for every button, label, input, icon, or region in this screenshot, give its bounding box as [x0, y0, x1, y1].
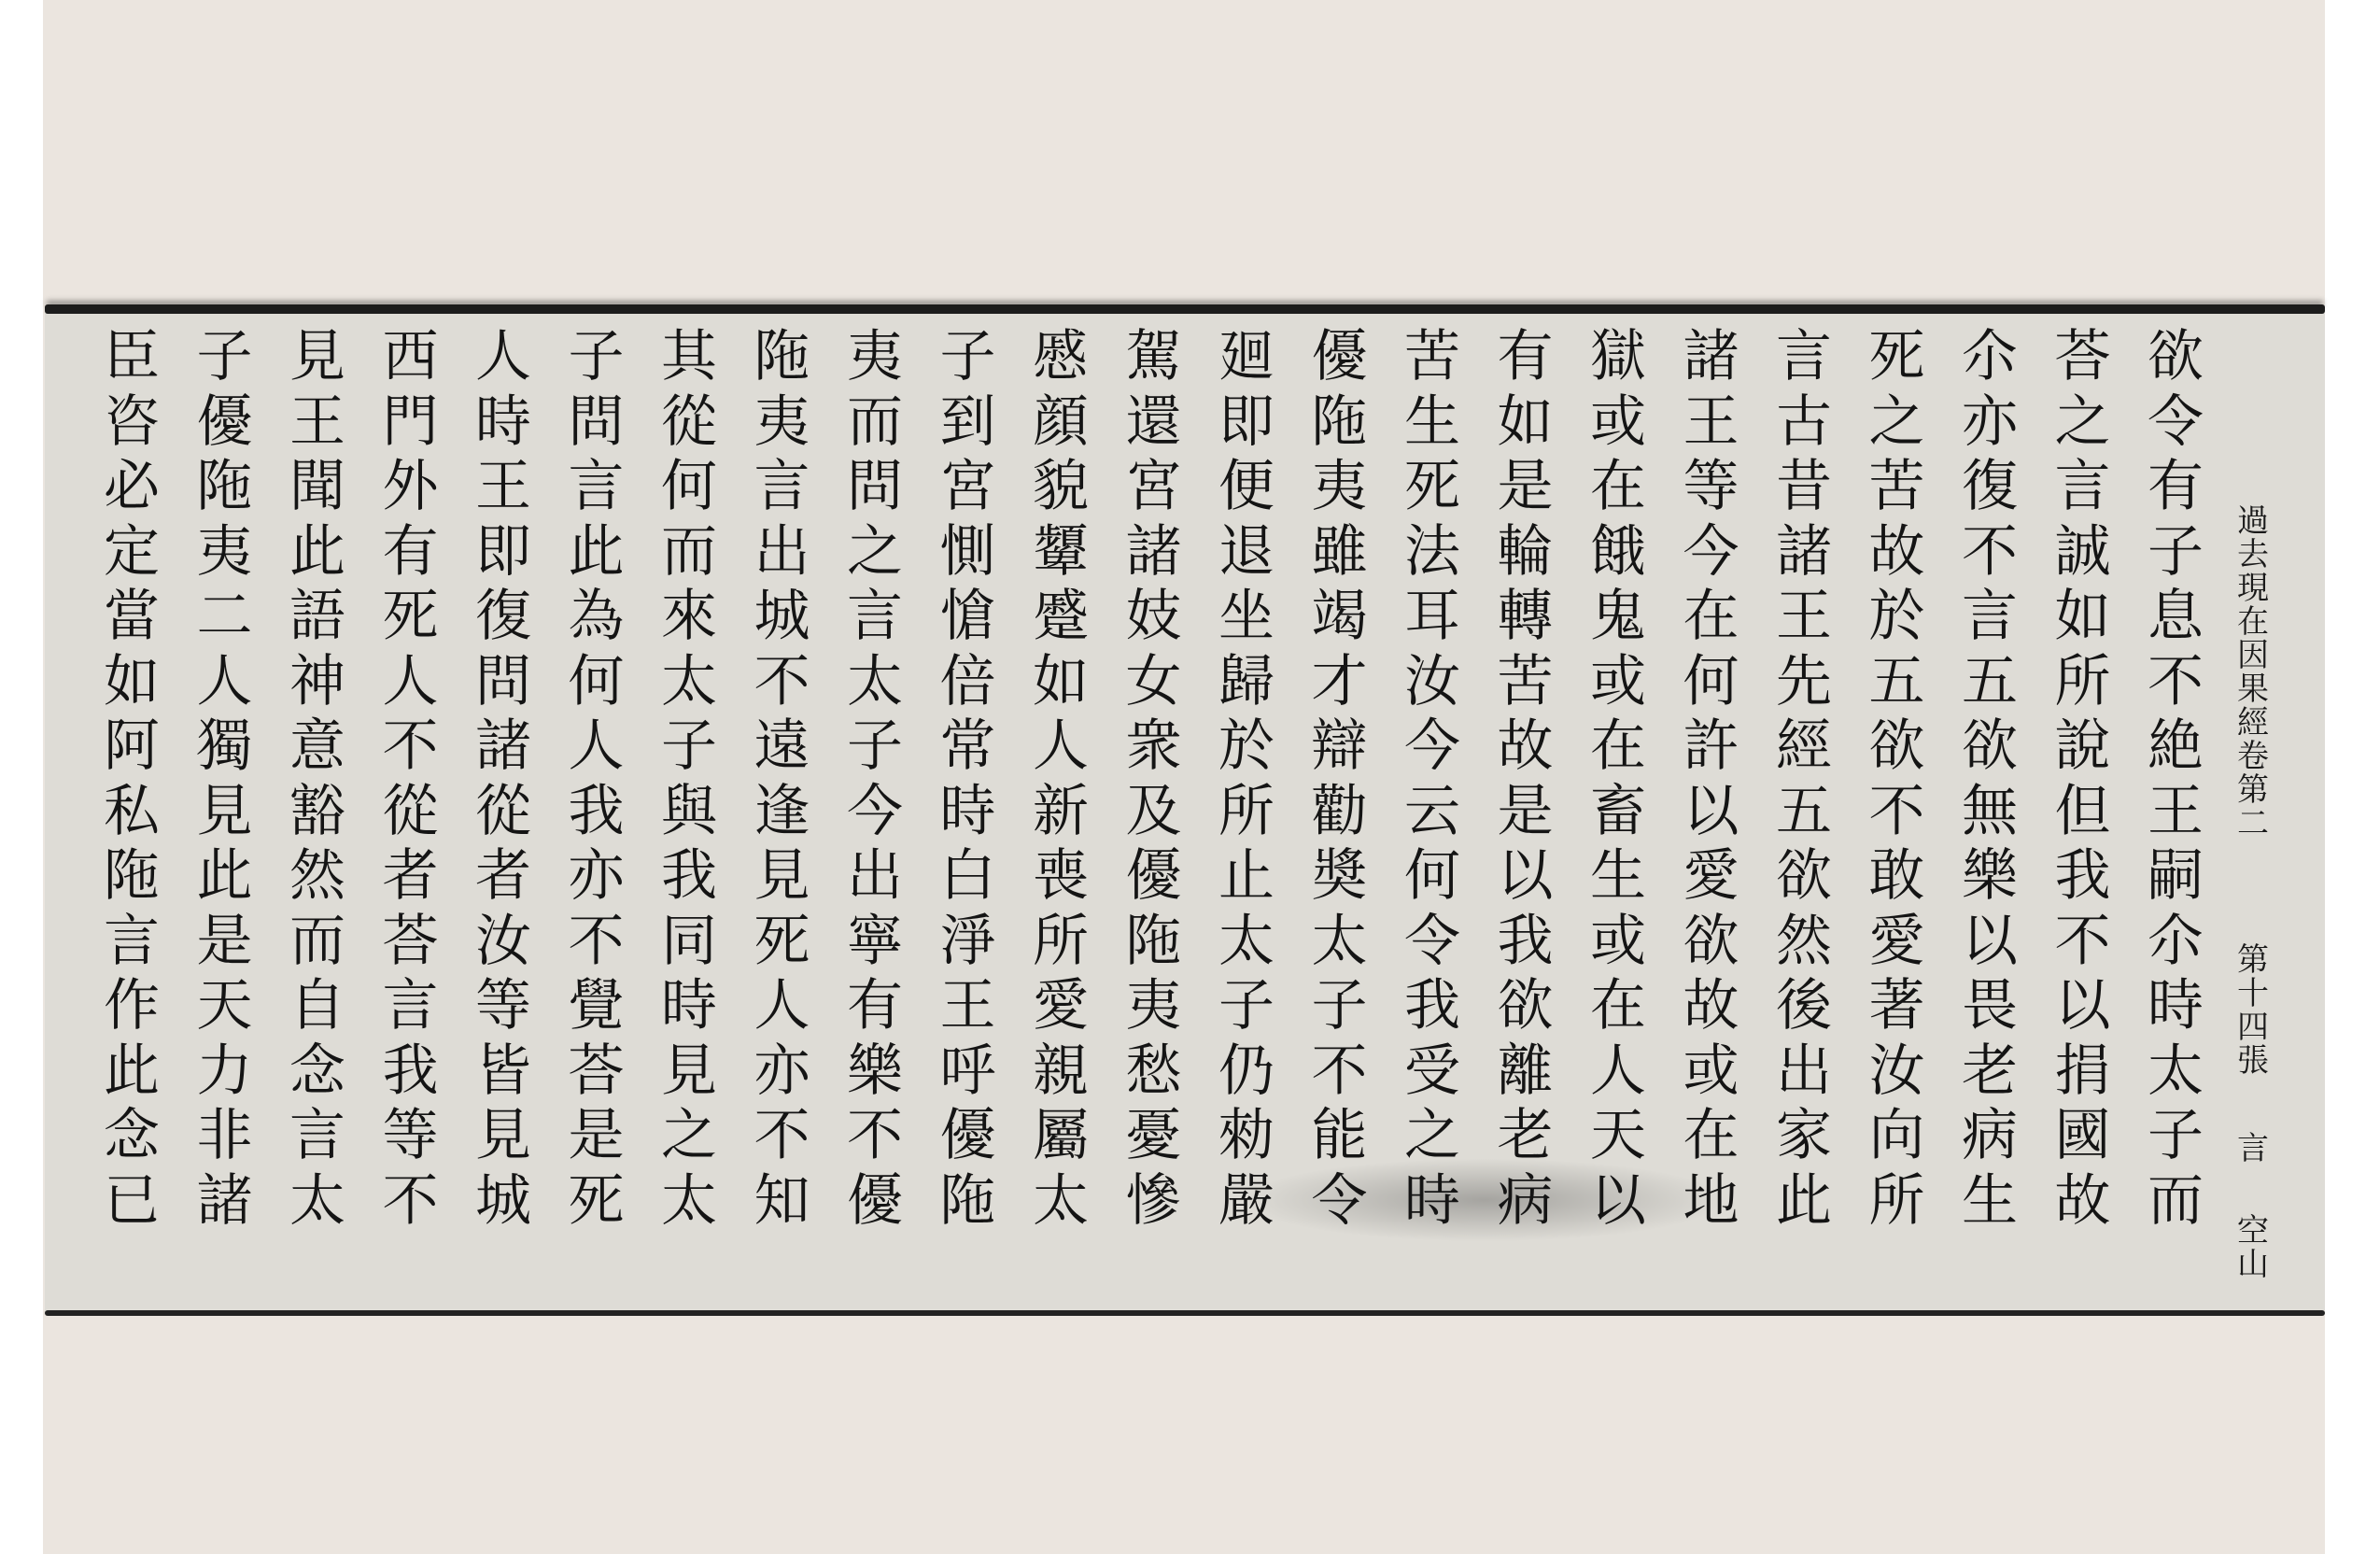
glyph: 見 — [280, 325, 355, 390]
glyph: 我 — [373, 1039, 448, 1105]
glyph: 來 — [652, 585, 726, 650]
glyph: 畏 — [1952, 974, 2027, 1039]
glyph: 太 — [1209, 910, 1284, 975]
glyph: 愴 — [931, 585, 1006, 650]
text-column: 有如是輪轉苦故是以我欲離老病 — [1488, 325, 1563, 1234]
glyph: 病 — [1488, 1169, 1563, 1235]
glyph: 我 — [1395, 974, 1470, 1039]
glyph: 著 — [1860, 974, 1935, 1039]
glyph: 子 — [652, 714, 726, 780]
glyph: 言 — [1952, 585, 2027, 650]
glyph: 欲 — [1860, 714, 1935, 780]
glyph: 在 — [1674, 585, 1749, 650]
glyph: 才 — [1303, 650, 1377, 715]
glyph: 憂 — [1117, 1104, 1191, 1169]
glyph: 以 — [1581, 1169, 1655, 1235]
text-column: 死之苦故於五欲不敢愛著汝向所 — [1860, 325, 1935, 1234]
glyph: 五 — [1767, 780, 1841, 845]
glyph: 經 — [1767, 714, 1841, 780]
glyph: 等 — [1674, 455, 1749, 520]
glyph: 從 — [652, 390, 726, 456]
glyph: 欲 — [1488, 974, 1563, 1039]
glyph: 所 — [1023, 910, 1098, 975]
glyph: 欲 — [1767, 844, 1841, 910]
glyph: 諸 — [188, 1169, 262, 1235]
glyph: 見 — [652, 1039, 726, 1105]
glyph: 寧 — [838, 910, 912, 975]
glyph: 夷 — [838, 325, 912, 390]
glyph: 轉 — [1488, 585, 1563, 650]
glyph: 慘 — [1117, 1169, 1191, 1235]
margin-char: 十 — [2234, 977, 2272, 1010]
glyph: 亦 — [1952, 390, 2027, 456]
glyph: 令 — [1395, 910, 1470, 975]
glyph: 子 — [188, 325, 262, 390]
glyph: 新 — [1023, 780, 1098, 845]
glyph: 止 — [1209, 844, 1284, 910]
glyph: 有 — [838, 974, 912, 1039]
glyph: 之 — [838, 520, 912, 586]
glyph: 出 — [745, 520, 820, 586]
text-column: 苦生死法耳汝今云何令我受之時 — [1395, 325, 1470, 1234]
glyph: 受 — [1395, 1039, 1470, 1105]
glyph: 太 — [838, 650, 912, 715]
text-column: 尒亦復不言五欲無樂以畏老病生 — [1952, 325, 2027, 1234]
glyph: 此 — [188, 844, 262, 910]
glyph: 在 — [1674, 1104, 1749, 1169]
glyph: 等 — [373, 1104, 448, 1169]
glyph: 汝 — [466, 910, 541, 975]
glyph: 王 — [466, 455, 541, 520]
glyph: 以 — [1488, 844, 1563, 910]
glyph: 言 — [373, 974, 448, 1039]
glyph: 諸 — [1767, 520, 1841, 586]
glyph: 言 — [280, 1104, 355, 1169]
glyph: 死 — [1860, 325, 1935, 390]
glyph: 太 — [2138, 1039, 2213, 1105]
glyph: 言 — [745, 455, 820, 520]
glyph: 人 — [559, 714, 634, 780]
glyph: 王 — [2138, 780, 2213, 845]
glyph: 為 — [559, 585, 634, 650]
text-column: 夷而問之言太子今出寧有樂不優 — [838, 325, 912, 1234]
glyph: 及 — [1117, 780, 1191, 845]
glyph: 女 — [1117, 650, 1191, 715]
glyph: 昔 — [1767, 455, 1841, 520]
glyph: 遠 — [745, 714, 820, 780]
glyph: 不 — [2046, 910, 2120, 975]
glyph: 夷 — [1117, 974, 1191, 1039]
glyph: 生 — [1581, 844, 1655, 910]
glyph: 敢 — [1860, 844, 1935, 910]
glyph: 不 — [1952, 520, 2027, 586]
glyph: 然 — [280, 844, 355, 910]
glyph: 死 — [1395, 455, 1470, 520]
text-column: 西門外有死人不從者荅言我等不 — [373, 325, 448, 1234]
text-column: 子到宮惻愴倍常時白淨王呼優陁 — [931, 325, 1006, 1234]
glyph: 然 — [1767, 910, 1841, 975]
bottom-border-rule — [45, 1310, 2325, 1316]
glyph: 出 — [838, 844, 912, 910]
top-border-rule — [45, 304, 2325, 314]
glyph: 或 — [1581, 910, 1655, 975]
glyph: 倍 — [931, 650, 1006, 715]
glyph: 息 — [2138, 585, 2213, 650]
glyph: 或 — [1674, 1039, 1749, 1105]
text-column: 子問言此為何人我亦不覺荅是死 — [559, 325, 634, 1234]
glyph: 如 — [1023, 650, 1098, 715]
glyph: 欲 — [1674, 910, 1749, 975]
glyph: 時 — [466, 390, 541, 456]
glyph: 愛 — [1023, 974, 1098, 1039]
glyph: 子 — [2138, 520, 2213, 586]
margin-char: 因 — [2234, 639, 2272, 672]
glyph: 國 — [2046, 1104, 2120, 1169]
glyph: 以 — [1952, 910, 2027, 975]
glyph: 尒 — [1952, 325, 2027, 390]
glyph: 苦 — [1860, 455, 1935, 520]
glyph: 人 — [188, 650, 262, 715]
glyph: 子 — [838, 714, 912, 780]
glyph: 先 — [1767, 650, 1841, 715]
glyph: 無 — [1952, 780, 2027, 845]
glyph: 者 — [373, 844, 448, 910]
glyph: 即 — [466, 520, 541, 586]
glyph: 諸 — [1674, 325, 1749, 390]
glyph: 樂 — [1952, 844, 2027, 910]
glyph: 城 — [745, 585, 820, 650]
glyph: 人 — [466, 325, 541, 390]
glyph: 貌 — [1023, 455, 1098, 520]
glyph: 云 — [1395, 780, 1470, 845]
glyph: 勸 — [1303, 780, 1377, 845]
glyph: 喪 — [1023, 844, 1098, 910]
glyph: 皆 — [466, 1039, 541, 1105]
glyph: 人 — [745, 974, 820, 1039]
glyph: 雖 — [1303, 520, 1377, 586]
glyph: 言 — [838, 585, 912, 650]
glyph: 而 — [2138, 1169, 2213, 1235]
glyph: 生 — [1395, 390, 1470, 456]
glyph: 奬 — [1303, 844, 1377, 910]
margin-char: 過 — [2234, 504, 2272, 538]
glyph: 諸 — [1117, 520, 1191, 586]
glyph: 荅 — [559, 1039, 634, 1105]
glyph: 嗣 — [2138, 844, 2213, 910]
margin-mark-1: 言 — [2234, 1132, 2272, 1165]
glyph: 在 — [1581, 714, 1655, 780]
glyph: 陁 — [1303, 390, 1377, 456]
margin-char: 第 — [2234, 943, 2272, 977]
glyph: 誠 — [2046, 520, 2120, 586]
glyph: 死 — [559, 1169, 634, 1235]
glyph: 到 — [931, 390, 1006, 456]
glyph: 王 — [1767, 585, 1841, 650]
glyph: 問 — [838, 455, 912, 520]
glyph: 所 — [2046, 650, 2120, 715]
glyph: 其 — [652, 325, 726, 390]
glyph: 我 — [559, 780, 634, 845]
glyph: 優 — [188, 390, 262, 456]
glyph: 子 — [2138, 1104, 2213, 1169]
glyph: 獨 — [188, 714, 262, 780]
glyph: 是 — [1488, 780, 1563, 845]
glyph: 如 — [2046, 585, 2120, 650]
glyph: 如 — [94, 650, 169, 715]
glyph: 但 — [2046, 780, 2120, 845]
glyph: 門 — [373, 390, 448, 456]
glyph: 以 — [1674, 780, 1749, 845]
glyph: 不 — [373, 714, 448, 780]
glyph: 陁 — [931, 1169, 1006, 1235]
glyph: 廻 — [1209, 325, 1284, 390]
margin-char: 卷 — [2234, 740, 2272, 773]
glyph: 子 — [559, 325, 634, 390]
glyph: 白 — [931, 844, 1006, 910]
glyph: 人 — [373, 650, 448, 715]
glyph: 二 — [188, 585, 262, 650]
glyph: 家 — [1767, 1104, 1841, 1169]
glyph: 見 — [466, 1104, 541, 1169]
margin-char: 現 — [2234, 572, 2272, 605]
glyph: 我 — [652, 844, 726, 910]
glyph: 子 — [1303, 974, 1377, 1039]
glyph: 等 — [466, 974, 541, 1039]
text-column: 其從何而來太子與我同時見之太 — [652, 325, 726, 1234]
glyph: 子 — [1209, 974, 1284, 1039]
glyph: 所 — [1860, 1169, 1935, 1235]
glyph: 之 — [1860, 390, 1935, 456]
text-column: 獄或在餓鬼或在畜生或在人天以 — [1581, 325, 1655, 1234]
glyph: 汝 — [1860, 1039, 1935, 1105]
glyph: 而 — [280, 910, 355, 975]
glyph: 諸 — [466, 714, 541, 780]
glyph: 五 — [1860, 650, 1935, 715]
glyph: 屬 — [1023, 1104, 1098, 1169]
glyph: 必 — [94, 455, 169, 520]
glyph: 此 — [94, 1039, 169, 1105]
glyph: 豁 — [280, 780, 355, 845]
glyph: 優 — [1303, 325, 1377, 390]
glyph: 今 — [1674, 520, 1749, 586]
glyph: 後 — [1767, 974, 1841, 1039]
glyph: 神 — [280, 650, 355, 715]
glyph: 定 — [94, 520, 169, 586]
margin-mark-1-text: 言 — [2234, 1132, 2272, 1165]
glyph: 勑 — [1209, 1104, 1284, 1169]
glyph: 嚴 — [1209, 1169, 1284, 1235]
glyph: 有 — [373, 520, 448, 586]
glyph: 令 — [1303, 1169, 1377, 1235]
glyph: 便 — [1209, 455, 1284, 520]
glyph: 子 — [931, 325, 1006, 390]
margin-mark-2: 空山 — [2234, 1214, 2272, 1281]
glyph: 能 — [1303, 1104, 1377, 1169]
glyph: 衆 — [1117, 714, 1191, 780]
glyph: 退 — [1209, 520, 1284, 586]
text-column: 見王聞此語神意豁然而自念言太 — [280, 325, 355, 1234]
margin-char: 去 — [2234, 538, 2272, 572]
glyph: 之 — [2046, 390, 2120, 456]
glyph: 今 — [1395, 714, 1470, 780]
glyph: 此 — [280, 520, 355, 586]
glyph: 夷 — [188, 520, 262, 586]
glyph: 問 — [466, 650, 541, 715]
glyph: 逢 — [745, 780, 820, 845]
glyph: 故 — [1488, 714, 1563, 780]
text-column: 諸王等今在何許以愛欲故或在地 — [1674, 325, 1749, 1234]
glyph: 宮 — [931, 455, 1006, 520]
glyph: 言 — [1767, 325, 1841, 390]
glyph: 優 — [838, 1169, 912, 1235]
margin-char: 第 — [2234, 773, 2272, 807]
glyph: 天 — [188, 974, 262, 1039]
glyph: 優 — [1117, 844, 1191, 910]
glyph: 有 — [1488, 325, 1563, 390]
glyph: 故 — [2046, 1169, 2120, 1235]
glyph: 駕 — [1117, 325, 1191, 390]
glyph: 與 — [652, 780, 726, 845]
margin-char: 四 — [2234, 1010, 2272, 1044]
margin-char: 空 — [2234, 1214, 2272, 1248]
glyph: 老 — [1488, 1104, 1563, 1169]
glyph: 苦 — [1488, 650, 1563, 715]
glyph: 不 — [838, 1104, 912, 1169]
margin-char: 在 — [2234, 605, 2272, 639]
glyph: 時 — [931, 780, 1006, 845]
glyph: 說 — [2046, 714, 2120, 780]
glyph: 王 — [931, 974, 1006, 1039]
glyph: 陁 — [94, 844, 169, 910]
glyph: 慼 — [1023, 325, 1098, 390]
glyph: 天 — [1581, 1104, 1655, 1169]
glyph: 何 — [1395, 844, 1470, 910]
glyph: 耳 — [1395, 585, 1470, 650]
glyph: 樂 — [838, 1039, 912, 1105]
glyph: 復 — [1952, 455, 2027, 520]
glyph: 荅 — [2046, 325, 2120, 390]
glyph: 亦 — [745, 1039, 820, 1105]
glyph: 太 — [1303, 910, 1377, 975]
glyph: 故 — [1674, 974, 1749, 1039]
glyph: 同 — [652, 910, 726, 975]
glyph: 尒 — [2138, 910, 2213, 975]
glyph: 於 — [1209, 714, 1284, 780]
glyph: 太 — [1023, 1169, 1098, 1235]
margin-char: 山 — [2234, 1248, 2272, 1281]
glyph: 所 — [1209, 780, 1284, 845]
glyph: 力 — [188, 1039, 262, 1105]
glyph: 言 — [2046, 455, 2120, 520]
glyph: 時 — [652, 974, 726, 1039]
glyph: 外 — [373, 455, 448, 520]
text-column: 荅之言誠如所說但我不以捐國故 — [2046, 325, 2120, 1234]
glyph: 念 — [94, 1104, 169, 1169]
glyph: 者 — [466, 844, 541, 910]
glyph: 臣 — [94, 325, 169, 390]
glyph: 人 — [1023, 714, 1098, 780]
text-column: 人時王即復問諸從者汝等皆見城 — [466, 325, 541, 1234]
glyph: 已 — [94, 1169, 169, 1235]
glyph: 人 — [1581, 1039, 1655, 1105]
glyph: 呼 — [931, 1039, 1006, 1105]
glyph: 優 — [931, 1104, 1006, 1169]
glyph: 不 — [559, 910, 634, 975]
glyph: 見 — [745, 844, 820, 910]
glyph: 太 — [652, 1169, 726, 1235]
glyph: 私 — [94, 780, 169, 845]
glyph: 是 — [1488, 455, 1563, 520]
glyph: 時 — [2138, 974, 2213, 1039]
glyph: 辯 — [1303, 714, 1377, 780]
glyph: 愛 — [1674, 844, 1749, 910]
margin-char: 二 — [2234, 807, 2272, 841]
glyph: 汝 — [1395, 650, 1470, 715]
glyph: 不 — [2138, 650, 2213, 715]
glyph: 令 — [2138, 390, 2213, 456]
glyph: 太 — [652, 650, 726, 715]
glyph: 意 — [280, 714, 355, 780]
glyph: 之 — [652, 1104, 726, 1169]
glyph: 淨 — [931, 910, 1006, 975]
glyph: 聞 — [280, 455, 355, 520]
glyph: 而 — [652, 520, 726, 586]
glyph: 西 — [373, 325, 448, 390]
glyph: 不 — [1860, 780, 1935, 845]
glyph: 何 — [1674, 650, 1749, 715]
glyph: 歸 — [1209, 650, 1284, 715]
glyph: 有 — [2138, 455, 2213, 520]
glyph: 五 — [1952, 650, 2027, 715]
glyph: 是 — [559, 1104, 634, 1169]
glyph: 夷 — [1303, 455, 1377, 520]
glyph: 死 — [373, 585, 448, 650]
glyph: 不 — [373, 1169, 448, 1235]
glyph: 宮 — [1117, 455, 1191, 520]
glyph: 愛 — [1860, 910, 1935, 975]
text-column: 子優陁夷二人獨見此是天力非諸 — [188, 325, 262, 1234]
glyph: 獄 — [1581, 325, 1655, 390]
glyph: 知 — [745, 1169, 820, 1235]
text-column: 駕還宮諸妓女衆及優陁夷愁憂慘 — [1117, 325, 1191, 1234]
glyph: 蹙 — [1023, 585, 1098, 650]
glyph: 餓 — [1581, 520, 1655, 586]
glyph: 是 — [188, 910, 262, 975]
glyph: 仍 — [1209, 1039, 1284, 1105]
glyph: 言 — [94, 910, 169, 975]
glyph: 顔 — [1023, 390, 1098, 456]
text-column: 陁夷言出城不遠逢見死人亦不知 — [745, 325, 820, 1234]
glyph: 阿 — [94, 714, 169, 780]
glyph: 古 — [1767, 390, 1841, 456]
glyph: 生 — [1952, 1169, 2027, 1235]
glyph: 從 — [373, 780, 448, 845]
glyph: 不 — [1303, 1039, 1377, 1105]
glyph: 我 — [2046, 844, 2120, 910]
glyph: 念 — [280, 1039, 355, 1105]
glyph: 畜 — [1581, 780, 1655, 845]
glyph: 亦 — [559, 844, 634, 910]
glyph: 城 — [466, 1169, 541, 1235]
glyph: 妓 — [1117, 585, 1191, 650]
glyph: 此 — [1767, 1169, 1841, 1235]
margin-char: 果 — [2234, 672, 2272, 706]
glyph: 問 — [559, 390, 634, 456]
margin-leaf-number: 第十四張 — [2234, 943, 2272, 1078]
glyph: 陁 — [188, 455, 262, 520]
glyph: 顰 — [1023, 520, 1098, 586]
glyph: 覺 — [559, 974, 634, 1039]
